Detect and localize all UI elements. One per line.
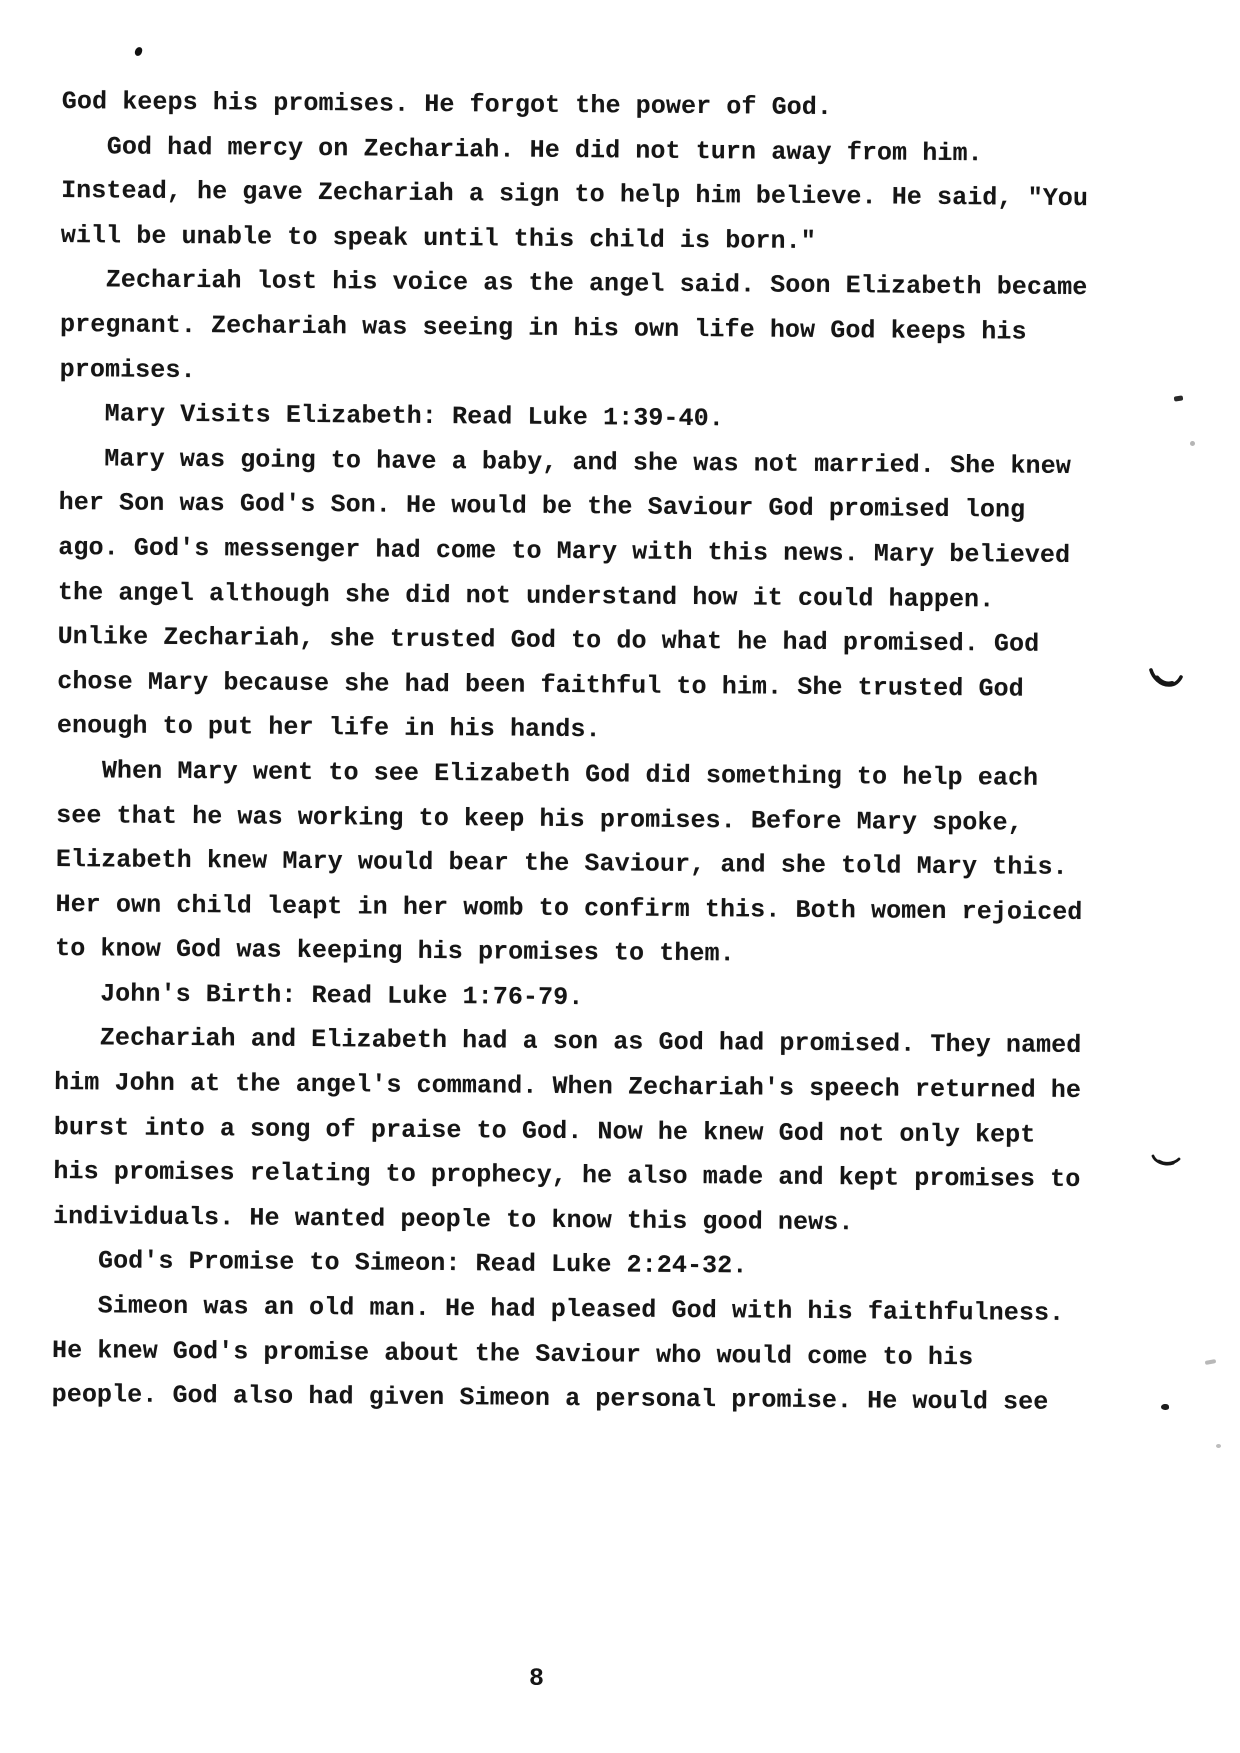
text-line: When Mary went to see Elizabeth God did … [56, 749, 1083, 802]
text-line: individuals. He wanted people to know th… [53, 1195, 1080, 1248]
text-line: his promises relating to prophecy, he al… [53, 1150, 1080, 1203]
text-line: Instead, he gave Zechariah a sign to hel… [61, 169, 1088, 222]
text-line: ago. God's messenger had come to Mary wi… [58, 526, 1085, 579]
scanned-document-page: God keeps his promises. He forgot the po… [0, 0, 1240, 1753]
text-line: her Son was God's Son. He would be the S… [58, 481, 1085, 534]
page-number: 8 [529, 1664, 544, 1694]
text-line: Unlike Zechariah, she trusted God to do … [57, 615, 1084, 668]
text-line: will be unable to speak until this child… [61, 214, 1088, 267]
text-line: Zechariah and Elizabeth had a son as God… [54, 1016, 1081, 1069]
scan-speck-mark [1216, 1444, 1221, 1448]
text-line: Zechariah lost his voice as the angel sa… [60, 258, 1087, 311]
text-line: God's Promise to Simeon: Read Luke 2:24-… [53, 1239, 1080, 1292]
text-line: people. God also had given Simeon a pers… [51, 1373, 1078, 1426]
text-line: promises. [60, 348, 1087, 401]
text-line: the angel although she did not understan… [58, 571, 1085, 624]
scan-speck-mark [1205, 1359, 1217, 1365]
ink-dash-mark [1174, 395, 1184, 401]
text-line: God had mercy on Zechariah. He did not t… [61, 125, 1088, 178]
text-line: chose Mary because she had been faithful… [57, 660, 1084, 713]
text-line: He knew God's promise about the Saviour … [52, 1329, 1079, 1382]
text-line: Elizabeth knew Mary would bear the Savio… [56, 838, 1083, 891]
text-line: Mary Visits Elizabeth: Read Luke 1:39-40… [59, 392, 1086, 445]
text-line: God keeps his promises. He forgot the po… [62, 80, 1089, 133]
document-text-block: God keeps his promises. He forgot the po… [51, 80, 1088, 1426]
text-line: see that he was working to keep his prom… [56, 793, 1083, 846]
text-line: enough to put her life in his hands. [57, 704, 1084, 757]
text-line: John's Birth: Read Luke 1:76-79. [55, 972, 1082, 1025]
pen-stroke-mark [1151, 1152, 1181, 1173]
ink-dot-mark [134, 46, 143, 56]
text-line: to know God was keeping his promises to … [55, 927, 1082, 980]
scan-speck-mark [1190, 441, 1195, 446]
text-line: burst into a song of praise to God. Now … [54, 1106, 1081, 1159]
text-line: Mary was going to have a baby, and she w… [59, 437, 1086, 490]
text-line: him John at the angel's command. When Ze… [54, 1061, 1081, 1114]
text-line: Simeon was an old man. He had pleased Go… [52, 1284, 1079, 1337]
text-line: Her own child leapt in her womb to confi… [55, 883, 1082, 936]
ink-dot-mark [1161, 1404, 1169, 1411]
pen-stroke-mark [1148, 667, 1184, 696]
text-line: pregnant. Zechariah was seeing in his ow… [60, 303, 1087, 356]
